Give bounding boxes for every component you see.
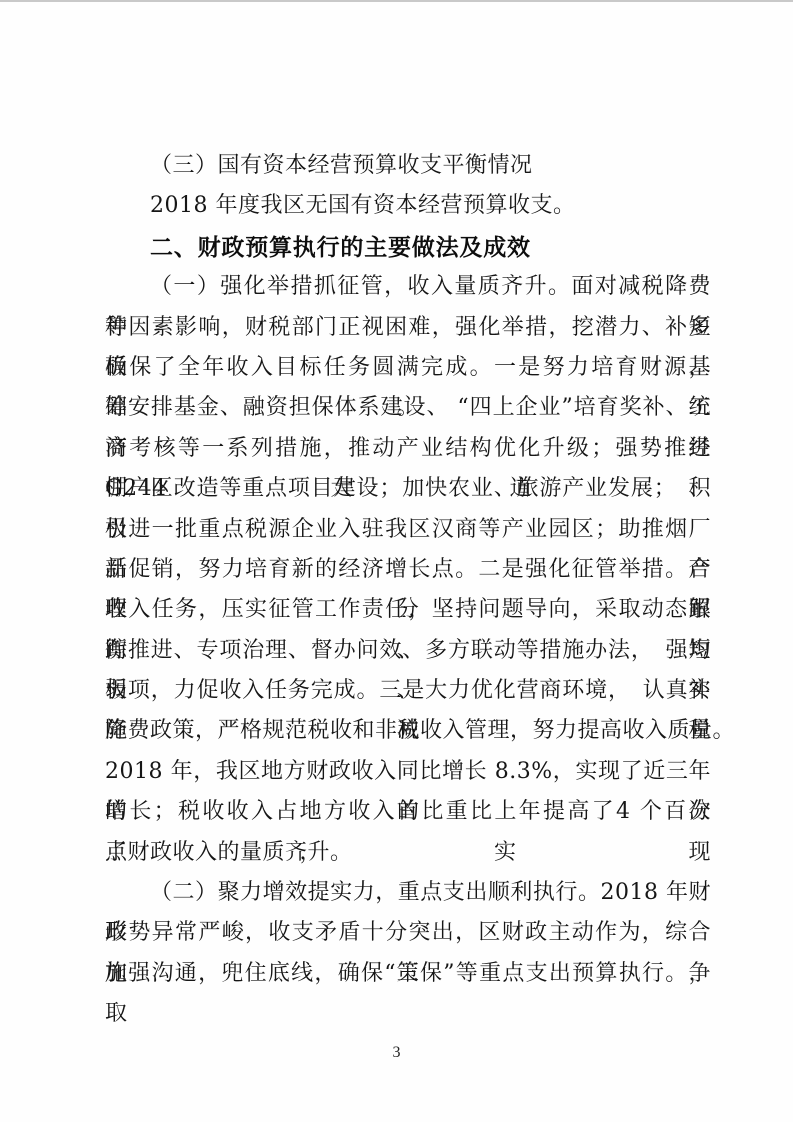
heading-part-2: 二、财政预算执行的主要做法及成效 (105, 227, 711, 267)
section-3-body-line: 2018 年度我区无国有资本经营预算收支。 (105, 186, 711, 226)
para-1-line-8: 品促销，努力培育新的经济增长点。二是强化征管举措。合理分解 (105, 550, 711, 590)
para-1-line-9: 收入任务，压实征管工作责任，坚持问题导向，采取动态跟踪、均 (105, 590, 711, 630)
para-1-line-12: 降费政策，严格规范税收和非税收入管理，努力提高收入质量。 (105, 711, 711, 751)
para-1-line-5: 济考核等一系列措施，推动产业结构优化升级；强势推进 G244 大道、 (105, 429, 711, 469)
para-1-line-6: 棚户区改造等重点项目建设；加快农业、旅游产业发展； 积极 (105, 469, 711, 509)
para-1-line-11: 弱项，力促收入任务完成。三是大力优化营商环境， 认真实施减税 (105, 671, 711, 711)
para-2-line-3: 加强沟通，兜住底线，确保“三保”等重点支出预算执行。争取 (105, 954, 711, 994)
para-1-line-2: 种因素影响，财税部门正视困难，强化举措，挖潜力、补短板， (105, 308, 711, 348)
para-2-line-1: （二）聚力增效提实力，重点支出顺利执行。2018 年财政 (105, 873, 711, 913)
para-1-line-7: 引进一批重点税源企业入驻我区汉商等产业园区；助推烟厂新产 (105, 510, 711, 550)
para-2-line-2: 形势异常严峻，收支矛盾十分突出，区财政主动作为，综合施策， (105, 913, 711, 953)
para-1-line-13: 2018 年，我区地方财政收入同比增长 8.3%，实现了近三年的首次 (105, 752, 711, 792)
document-page: （三）国有资本经营预算收支平衡情况 2018 年度我区无国有资本经营预算收支。 … (0, 0, 793, 1122)
para-1-line-1: （一）强化举措抓征管，收入量质齐升。面对减税降费等多 (105, 267, 711, 307)
para-1-line-10: 衡推进、专项治理、督办问效、多方联动等措施办法， 强短板、补 (105, 631, 711, 671)
document-body: （三）国有资本经营预算收支平衡情况 2018 年度我区无国有资本经营预算收支。 … (105, 146, 711, 994)
para-1-line-14: 增长；税收收入占地方收入的比重比上年提高了4 个百分点，实现 (105, 792, 711, 832)
para-1-line-3: 确保了全年收入目标任务圆满完成。一是努力培育财源基础。统 (105, 348, 711, 388)
heading-section-3: （三）国有资本经营预算收支平衡情况 (105, 146, 711, 186)
page-number: 3 (0, 1044, 793, 1062)
para-1-line-4: 筹安排基金、融资担保体系建设、 “四上企业”培育奖补、工商经 (105, 388, 711, 428)
